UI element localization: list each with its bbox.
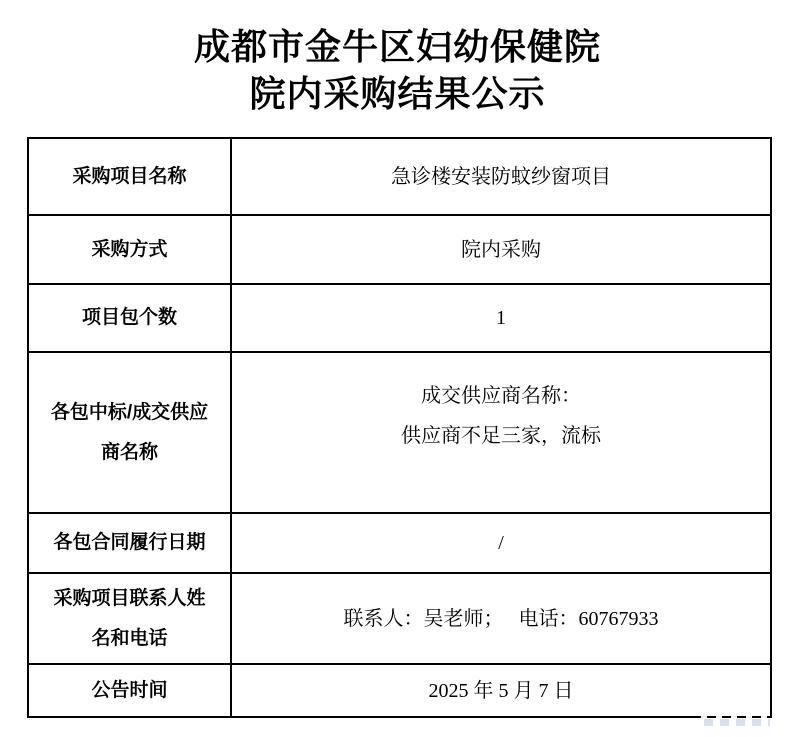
page-title-line2: 院内采购结果公示 [0,71,795,118]
page-title: 成都市金牛区妇幼保健院 院内采购结果公示 [0,24,795,118]
row-label-project-name: 采购项目名称 [29,139,232,214]
row-value-procurement-method: 院内采购 [232,214,770,283]
row-value-contract-period: / [232,512,770,572]
procurement-result-table: 采购项目名称 急诊楼安装防蚊纱窗项目 采购方式 院内采购 项目包个数 1 各包中… [27,137,772,718]
winning-supplier-line2: 供应商不足三家，流标 [401,416,601,456]
watermark-tint [704,719,770,726]
row-label-contract-period: 各包合同履行日期 [29,512,232,572]
winning-supplier-line1: 成交供应商名称： [421,376,581,416]
announcement-page: 成都市金牛区妇幼保健院 院内采购结果公示 采购项目名称 急诊楼安装防蚊纱窗项目 … [0,0,795,737]
row-label-contact-info: 采购项目联系人姓名和电话 [29,572,232,663]
row-label-announcement-date: 公告时间 [29,663,232,716]
page-title-line1: 成都市金牛区妇幼保健院 [0,24,795,71]
row-label-winning-supplier: 各包中标/成交供应商名称 [29,351,232,512]
row-value-project-name: 急诊楼安装防蚊纱窗项目 [232,139,770,214]
row-value-package-count: 1 [232,283,770,351]
row-label-package-count: 项目包个数 [29,283,232,351]
row-value-winning-supplier: 成交供应商名称： 供应商不足三家，流标 [232,351,770,512]
row-value-announcement-date: 2025 年 5 月 7 日 [232,663,770,716]
row-value-contact-info: 联系人：吴老师； 电话：60767933 [232,572,770,663]
row-label-procurement-method: 采购方式 [29,214,232,283]
